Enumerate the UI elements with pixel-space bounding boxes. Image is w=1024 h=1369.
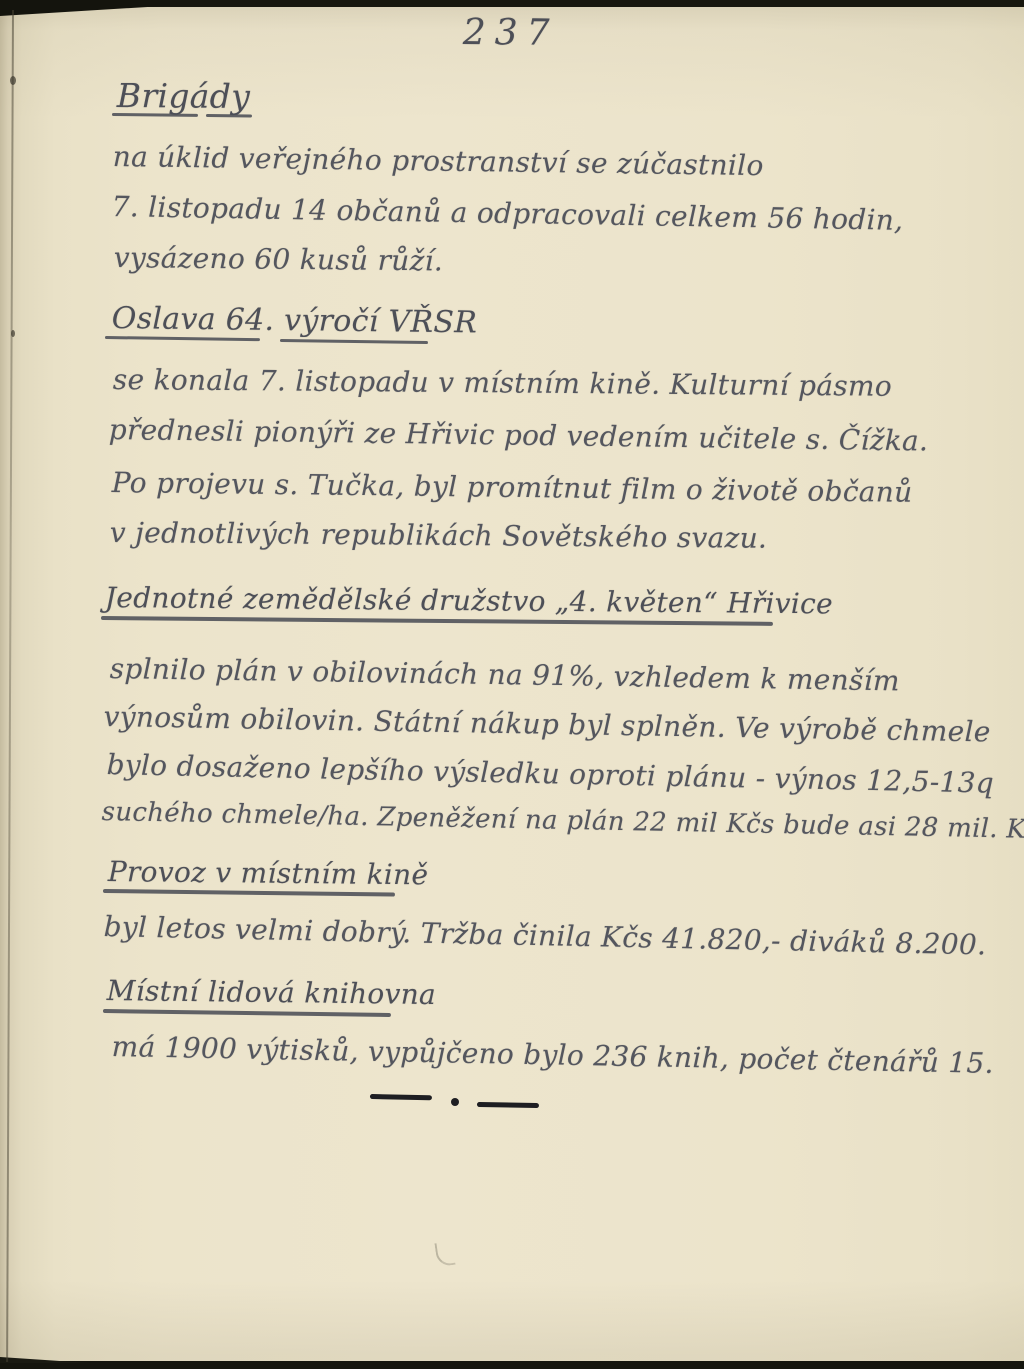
handwritten-line: Po projevu s. Tučka, byl promítnut film … [112, 466, 913, 509]
handwritten-line: suchého chmele/ha. Zpeněžení na plán 22 … [101, 797, 1024, 845]
section-heading-brigady: Brigády [117, 76, 251, 116]
handwritten-line: vysázeno 60 kusů růží. [114, 241, 444, 277]
section-heading-oslava-vrsr: Oslava 64. výročí VŘSR [112, 301, 478, 340]
handwritten-line: bylo dosaženo lepšího výsledku oproti pl… [106, 748, 994, 800]
page-number-text: 237 [463, 12, 559, 54]
handwritten-line: se konala 7. listopadu v místním kině. K… [113, 363, 892, 403]
handwritten-line: má 1900 výtisků, vypůjčeno bylo 236 knih… [111, 1030, 994, 1080]
page-binding-seam [6, 10, 14, 1362]
section-heading-jzd: Jednotné zemědělské družstvo „4. květen“… [105, 581, 833, 620]
end-divider-dot [451, 1098, 459, 1106]
heading-underline [280, 339, 428, 344]
faint-pencil-mark [434, 1241, 455, 1267]
section-heading-knihovna: Místní lidová knihovna [107, 974, 437, 1011]
handwritten-line: v jednotlivých republikách Sovětského sv… [110, 516, 768, 555]
end-divider-dash [370, 1094, 432, 1100]
handwritten-line: 7. listopadu 14 občanů a odpracovali cel… [111, 190, 903, 237]
scanned-chronicle-page: 237 Brigády na úklid veřejného prostrans… [0, 0, 1024, 1369]
handwritten-line: splnilo plán v obilovinách na 91%, vzhle… [109, 652, 899, 697]
handwritten-line: na úklid veřejného prostranství se zúčas… [113, 140, 764, 182]
end-divider-dash [477, 1102, 539, 1108]
handwritten-line: výnosům obilovin. Státní nákup byl splně… [103, 700, 991, 748]
scan-edge-top-left [0, 0, 170, 16]
scan-edge-bottom [0, 1361, 1024, 1369]
heading-underline [103, 1009, 391, 1017]
paper-speck [11, 330, 15, 337]
heading-underline [112, 113, 198, 117]
heading-underline [206, 114, 252, 117]
paper-speck [10, 76, 16, 85]
handwritten-line: přednesli pionýři ze Hřivic pod vedením … [109, 413, 929, 457]
handwritten-line: byl letos velmi dobrý. Tržba činila Kčs … [103, 910, 986, 961]
section-heading-kino: Provoz v místním kině [108, 855, 429, 891]
